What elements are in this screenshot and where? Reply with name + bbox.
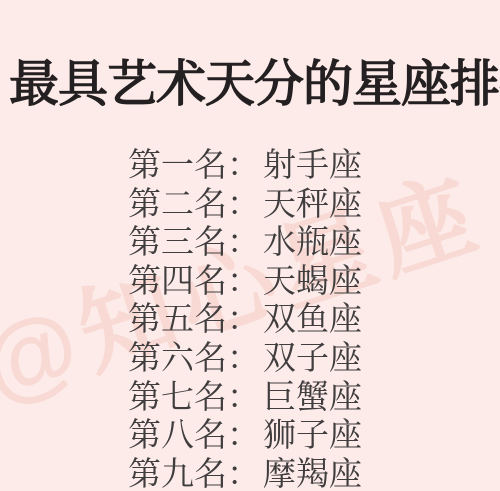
- rank-colon: ：: [227, 185, 263, 224]
- rank-colon: ：: [227, 455, 263, 491]
- rank-colon: ：: [227, 223, 263, 262]
- rank-label: 第四名: [128, 262, 227, 299]
- rank-label: 第八名: [128, 416, 227, 453]
- rank-colon: ：: [227, 262, 263, 301]
- rank-colon: ：: [227, 300, 263, 339]
- rank-label: 第二名: [128, 185, 227, 222]
- ranking-row: 第八名：狮子座: [128, 416, 362, 455]
- rank-colon: ：: [227, 146, 263, 185]
- sign-label: 水瓶座: [263, 223, 362, 260]
- page-title: 最具艺术天分的星座排行: [9, 59, 500, 109]
- sign-label: 天蝎座: [263, 262, 362, 299]
- ranking-row: 第二名：天秤座: [128, 185, 362, 224]
- ranking-row: 第六名：双子座: [128, 339, 362, 378]
- sign-label: 天秤座: [263, 185, 362, 222]
- rank-label: 第五名: [128, 300, 227, 337]
- ranking-row: 第三名：水瓶座: [128, 223, 362, 262]
- rank-label: 第一名: [128, 146, 227, 183]
- ranking-row: 第四名：天蝎座: [128, 262, 362, 301]
- ranking-row: 第五名：双鱼座: [128, 300, 362, 339]
- sign-label: 双鱼座: [263, 300, 362, 337]
- sign-label: 双子座: [263, 339, 362, 376]
- zodiac-ranking-card: @知心星座 最具艺术天分的星座排行 第一名：射手座 第二名：天秤座 第三名：水瓶…: [0, 0, 500, 491]
- rank-colon: ：: [227, 378, 263, 417]
- sign-label: 摩羯座: [263, 455, 362, 491]
- sign-label: 巨蟹座: [263, 378, 362, 415]
- sign-label: 狮子座: [263, 416, 362, 453]
- rank-label: 第三名: [128, 223, 227, 260]
- rank-label: 第六名: [128, 339, 227, 376]
- rank-colon: ：: [227, 416, 263, 455]
- ranking-list: 第一名：射手座 第二名：天秤座 第三名：水瓶座 第四名：天蝎座 第五名：双鱼座 …: [128, 146, 362, 491]
- rank-label: 第七名: [128, 378, 227, 415]
- ranking-row: 第九名：摩羯座: [128, 455, 362, 491]
- rank-colon: ：: [227, 339, 263, 378]
- sign-label: 射手座: [263, 146, 362, 183]
- ranking-row: 第七名：巨蟹座: [128, 378, 362, 417]
- ranking-row: 第一名：射手座: [128, 146, 362, 185]
- rank-label: 第九名: [128, 455, 227, 491]
